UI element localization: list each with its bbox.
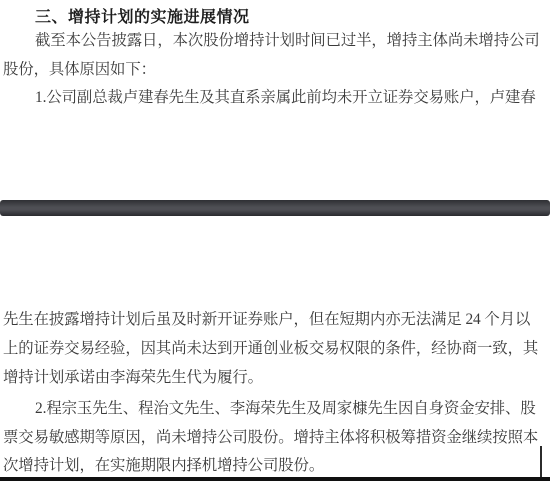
paragraph-line: 上的证券交易经验，因其尚未达到开通创业板交易权限的条件，经协商一致，其 [3,339,538,359]
paragraph-line: 增持计划承诺由李海荣先生代为履行。 [3,368,263,388]
section-heading: 三、增持计划的实施进展情况 [35,4,250,27]
document-page: 三、增持计划的实施进展情况 截至本公告披露日，本次股份增持计划时间已过半，增持主… [0,0,550,481]
table-border-fragment [540,446,542,477]
paragraph-line: 1.公司副总裁卢建春先生及其直系亲属此前均未开立证券交易账户，卢建春 [35,88,536,108]
paragraph-line: 票交易敏感期等原因，尚未增持公司股份。增持主体将积极筹措资金继续按照本 [3,428,538,448]
bottom-border-bar [0,477,550,481]
paragraph-line: 股份，具体原因如下： [3,60,156,80]
paragraph-line: 次增持计划，在实施期限内择机增持公司股份。 [3,456,324,476]
paragraph-line: 2.程宗玉先生、程治文先生、李海荣先生及周家槺先生因自身资金安排、股 [35,399,536,419]
paragraph-line: 先生在披露增持计划后虽及时新开证券账户，但在短期内亦无法满足 24 个月以 [3,310,530,330]
page-separator-bar [0,200,550,216]
paragraph-line: 截至本公告披露日，本次股份增持计划时间已过半，增持主体尚未增持公司 [35,31,540,51]
